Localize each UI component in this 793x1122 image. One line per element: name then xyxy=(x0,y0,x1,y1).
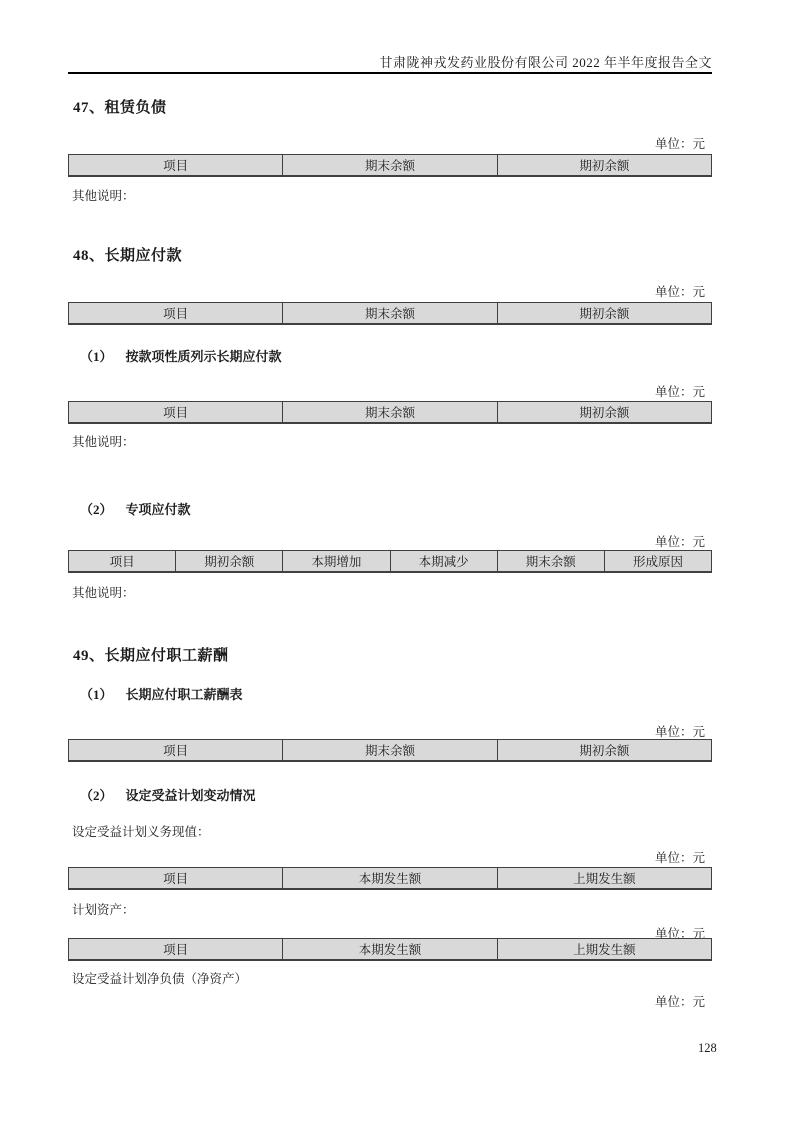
other-note-label: 其他说明： xyxy=(72,432,135,450)
plan-assets-label: 计划资产： xyxy=(72,900,135,918)
long-term-payables-table: 项目 期末余额 期初余额 xyxy=(68,302,712,325)
table-header-cell: 期末余额 xyxy=(282,303,496,323)
other-note-label: 其他说明： xyxy=(72,583,135,601)
table-header-cell: 本期发生额 xyxy=(282,868,496,888)
table-header-cell: 上期发生额 xyxy=(497,939,711,959)
table-header-cell: 项目 xyxy=(69,551,175,571)
subsection-number: （1） xyxy=(80,349,113,364)
plan-assets-table: 项目 本期发生额 上期发生额 xyxy=(68,938,712,961)
table-header-cell: 期末余额 xyxy=(282,155,496,175)
defined-benefit-obligation-table: 项目 本期发生额 上期发生额 xyxy=(68,867,712,890)
table-header-cell: 项目 xyxy=(69,402,282,422)
section-49-title: 49、长期应付职工薪酬 xyxy=(73,644,229,665)
header-rule xyxy=(68,72,712,74)
table-header-cell: 上期发生额 xyxy=(497,868,711,888)
section-48-sub1-title: （1）按款项性质列示长期应付款 xyxy=(80,346,282,365)
subsection-label: 设定受益计划变动情况 xyxy=(126,788,256,803)
lease-liabilities-table: 项目 期末余额 期初余额 xyxy=(68,154,712,177)
section-47-title: 47、租赁负债 xyxy=(73,96,167,117)
defined-benefit-obligation-label: 设定受益计划义务现值： xyxy=(72,822,210,840)
table-header-cell: 项目 xyxy=(69,155,282,175)
unit-label: 单位：元 xyxy=(655,848,705,866)
subsection-label: 按款项性质列示长期应付款 xyxy=(126,349,282,364)
report-header-title: 甘肃陇神戎发药业股份有限公司 2022 年半年度报告全文 xyxy=(379,52,712,71)
section-48-sub2-title: （2）专项应付款 xyxy=(80,499,191,518)
subsection-number: （1） xyxy=(80,687,113,702)
table-header-cell: 期初余额 xyxy=(497,402,711,422)
unit-label: 单位：元 xyxy=(655,282,705,300)
table-header-cell: 项目 xyxy=(69,303,282,323)
table-header-cell: 期末余额 xyxy=(497,551,604,571)
unit-label: 单位：元 xyxy=(655,992,705,1010)
table-header-cell: 本期增加 xyxy=(282,551,389,571)
unit-label: 单位：元 xyxy=(655,532,705,550)
report-page: 甘肃陇神戎发药业股份有限公司 2022 年半年度报告全文 47、租赁负债 单位：… xyxy=(0,0,793,1122)
subsection-number: （2） xyxy=(80,502,113,517)
net-liability-label: 设定受益计划净负债（净资产） xyxy=(72,969,247,987)
table-header-cell: 项目 xyxy=(69,868,282,888)
table-header-cell: 项目 xyxy=(69,939,282,959)
table-header-cell: 期末余额 xyxy=(282,740,496,760)
section-48-title: 48、长期应付款 xyxy=(73,244,182,265)
unit-label: 单位：元 xyxy=(655,382,705,400)
table-header-cell: 期初余额 xyxy=(497,155,711,175)
table-header-cell: 本期减少 xyxy=(390,551,497,571)
other-note-label: 其他说明： xyxy=(72,186,135,204)
table-header-cell: 期初余额 xyxy=(497,303,711,323)
unit-label: 单位：元 xyxy=(655,722,705,740)
table-header-cell: 本期发生额 xyxy=(282,939,496,959)
subsection-label: 专项应付款 xyxy=(126,502,191,517)
table-header-cell: 项目 xyxy=(69,740,282,760)
unit-label: 单位：元 xyxy=(655,134,705,152)
special-payables-table: 项目 期初余额 本期增加 本期减少 期末余额 形成原因 xyxy=(68,550,712,573)
long-term-payables-by-nature-table: 项目 期末余额 期初余额 xyxy=(68,401,712,424)
long-term-employee-pay-table: 项目 期末余额 期初余额 xyxy=(68,739,712,762)
section-49-sub1-title: （1）长期应付职工薪酬表 xyxy=(80,684,243,703)
table-header-cell: 形成原因 xyxy=(604,551,711,571)
subsection-label: 长期应付职工薪酬表 xyxy=(126,687,243,702)
table-header-cell: 期末余额 xyxy=(282,402,496,422)
table-header-cell: 期初余额 xyxy=(497,740,711,760)
section-49-sub2-title: （2）设定受益计划变动情况 xyxy=(80,785,256,804)
subsection-number: （2） xyxy=(80,788,113,803)
table-header-cell: 期初余额 xyxy=(175,551,282,571)
page-number: 128 xyxy=(698,1041,717,1056)
